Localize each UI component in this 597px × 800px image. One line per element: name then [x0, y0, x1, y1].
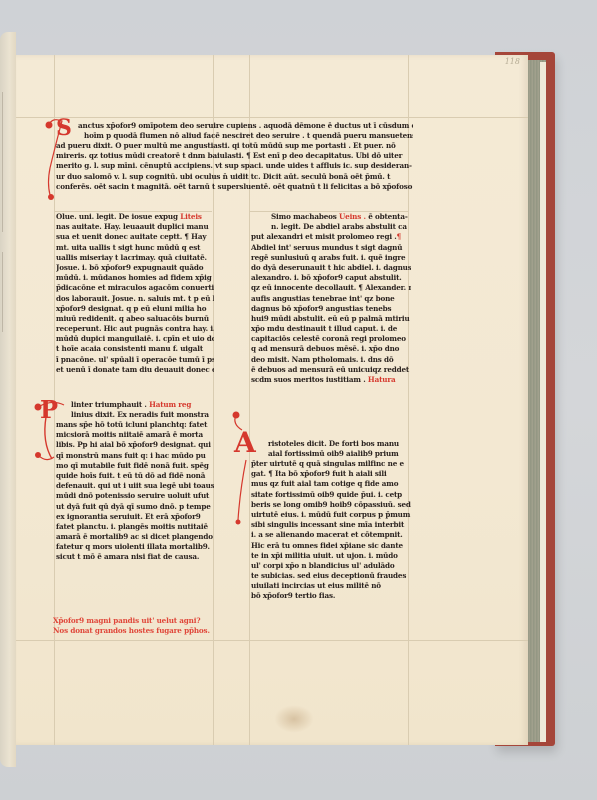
rubric-heading: Hatum reg: [149, 400, 191, 409]
text-line: sua et uenit donec auitate ceptt. ¶ Hay: [56, 232, 214, 242]
left-column-text: Olue. uni. legit. De iosue expug Liteis …: [56, 212, 214, 375]
text-line: q ad mensurā debuos mēsē. i. xp̄o dno: [251, 344, 411, 354]
text-line: sibi singulis incessant sine mīa interbi…: [251, 520, 411, 530]
header-text-block: anctus xp̄ofor9 omīpotem deo seruire cup…: [78, 121, 413, 141]
text-line: ad pueru dixit. O puer multū me angustia…: [56, 141, 413, 151]
text-line: Hic erā tu omnes fidei xp̄iane sic dante: [251, 541, 411, 551]
text-line: libis. Pp hi aial bō xp̄ofor9 designat. …: [56, 440, 214, 450]
right-column-section2-text: p̄ter uirtutē q quā singulas milfinc ne …: [251, 459, 411, 602]
paragraph-mark: ¶: [397, 232, 401, 241]
text-line: aufis angustias tenebrae int' qz bone: [251, 294, 411, 304]
right-column-section2-head: ristoteles dicit. De forti bos manu aial…: [268, 439, 411, 459]
endpaper-edge: [540, 62, 546, 742]
text-line: dos laborauit. Josue. n. saluis mt. t p …: [56, 294, 214, 304]
initial-letter-p: P: [40, 398, 58, 422]
manuscript-page: 118 S anctus xp̄ofor9 omīpotem deo serui…: [16, 55, 528, 745]
text-line: mūdū dupici manguilaiē. i. cpīn et uio d…: [56, 334, 214, 344]
text-line: gat. ¶ Ita bō xp̄ofor9 fuit h aiali sili: [251, 469, 411, 479]
text-line: uirtutē eius. i. mūdū fuit corpus p p̄mu…: [251, 510, 411, 520]
text-line: mūdū. i. mūdanos homies ad fidem xp̄ig: [56, 273, 214, 283]
text-line: anctus xp̄ofor9 omīpotem deo seruire cup…: [78, 121, 413, 131]
ruling-line: [16, 117, 528, 118]
text-line: ut dyā fuit qū dyā qī sumo dnō. p tempe: [56, 502, 214, 512]
text-line: t hoīe acaia consistenti manu f. uigalt: [56, 344, 214, 354]
text-line: Olue. uni. legit. De iosue expug Liteis: [56, 212, 214, 222]
parchment-stain: [274, 705, 314, 733]
text-line: xp̄ofor9 designat. q p eū eluni milia ho: [56, 304, 214, 314]
text-line: merito g. l. sup mīni. cēnuptū accipiens…: [56, 161, 413, 171]
text-line: sitate fortissimū oib9 quide p̄ui. i. ce…: [251, 490, 411, 500]
text-line: receperunt. Hic aut pugnās contra hay. i…: [56, 324, 214, 334]
text-line: ex ignorantia seruiuit. Et erā xp̄ofor9: [56, 512, 214, 522]
text-line: dagnus bō xp̄ofor9 angustias tenebs: [251, 304, 411, 314]
text-line: deo misit. Nam ptholomais. i. dns dō: [251, 355, 411, 365]
text-line: conferēs. oēt sacin t magnitā. oēt tarnū…: [56, 182, 413, 192]
rubric: Liteis: [180, 212, 202, 221]
text-line: mireris. qz totius mūdi creatorē t dnm b…: [56, 151, 413, 161]
text-line: ē debuos ad mensurā eū unicuiqz reddet: [251, 365, 411, 375]
folio-number: 118: [505, 57, 520, 66]
text-line: mus qz fuit aial tam cotige q fide amo: [251, 479, 411, 489]
text-line: amarā ē mortalib9 ac si dicet plangendo: [56, 532, 214, 542]
text-line: linius dixit. Ex neradis fuit monstra: [71, 410, 214, 420]
text-line: qī monstrū mans fuit q: i hac mūdo pu: [56, 451, 214, 461]
text-line: regē sunlusiuū q arabs fuit. i. quē ingr…: [251, 253, 411, 263]
rubric-line: Xp̄ofor9 magni pandis uit' uelut agni?: [53, 616, 223, 626]
rubric: Ueins .: [339, 212, 366, 221]
text-line: Abdiel int' seruus mundus t sigt dagnū: [251, 243, 411, 253]
text-line: mūdi dnō potenissio seruire uoluit ufut: [56, 491, 214, 501]
text-line: Simo machabeos Ueins . ē obtenta-: [251, 212, 411, 222]
rubric-footer-verse: Xp̄ofor9 magni pandis uit' uelut agni? N…: [53, 616, 223, 636]
rubric-heading: Hatura: [368, 375, 396, 384]
text-line: te in xp̄i militia uiuit. ut ujon. i. mū…: [251, 551, 411, 561]
facing-page-sketch: [2, 252, 15, 332]
text-line: hui9 mūdi abstulit. eū eū p palmā mtiriu: [251, 314, 411, 324]
left-column-section2-text: mans sp̄e hō totū icluni planchtq: fatet…: [56, 420, 214, 563]
text-line: xp̄o mdu destinauit t illud caput. i. de: [251, 324, 411, 334]
text-line: sicut t mō ē amara nisi fiat de causa.: [56, 552, 214, 562]
text-line: ul' corpi xp̄o n blandicius ul' adulādo: [251, 561, 411, 571]
text-line: mans sp̄e hō totū icluni planchtq: fatet: [56, 420, 214, 430]
text-line: miuū redidenit. q abeo saluacōis burnū: [56, 314, 214, 324]
text-line: mo qī mutabile fuit fidē nonā fuit. spēg: [56, 461, 214, 471]
text-line: p̄ter uirtutē q quā singulas milfinc ne …: [251, 459, 411, 469]
text-line: linter triumphauit . Hatum reg: [71, 400, 214, 410]
text-line: qz eū innocente decollauit. ¶ Alexander.…: [251, 283, 411, 293]
text-line: te subicias. sed eius deceptionū fraudes: [251, 571, 411, 581]
text-line: i. a se alienando macerat et cōtempnit.: [251, 530, 411, 540]
text-line: uiuilati incircias ut eius militē nō: [251, 581, 411, 591]
text-line: alexandro. i. bō xp̄ofor9 caput abstulit…: [251, 273, 411, 283]
text-line: et uenū ī donate tam diu deuauit donec e…: [56, 365, 214, 375]
text-line: uallis miseriay t lacrimay. quā ciuitatē…: [56, 253, 214, 263]
text-line: fatetur q mors uiolenti illata mortalib9…: [56, 542, 214, 552]
right-column-text: Simo machabeos Ueins . ē obtenta- n. leg…: [251, 212, 411, 385]
text-line: nas auitate. Hay. leuaauit duplici manu: [56, 222, 214, 232]
text-line: do dyā deserunauit t hic abdiel. i. dagn…: [251, 263, 411, 273]
text-line: beris se long omib9 hoib9 cōpassiuū. sed: [251, 500, 411, 510]
text-line: micsiorā moitis niitaiē amarā ē morta: [56, 430, 214, 440]
text-line: ī pnacōne. ul' spūali ī operacōe tumū ī …: [56, 355, 214, 365]
text-line: fatet planctu. i. plangēs moitis nutitai…: [56, 522, 214, 532]
initial-letter-a: A: [234, 429, 256, 457]
header-text-block-cont: ad pueru dixit. O puer multū me angustia…: [56, 141, 413, 192]
text-line: p̄dicacōne et miraculos agacōm conuerti: [56, 283, 214, 293]
text-line: ur duo salomō v. l. sup cognitū. ubi ocu…: [56, 172, 413, 182]
text-line: bō xp̄ofor9 tertio fias.: [251, 591, 411, 601]
text-line: put alexandri et misit prolomeo regi .¶: [251, 232, 411, 242]
text-line: hoīm p quodā flumen nō aliud facē nescir…: [78, 131, 413, 141]
text-line: defenauit. qui ut i uiit sua legē ubi to…: [56, 481, 214, 491]
facing-page-edge: [0, 32, 16, 767]
left-column-section2-head: linter triumphauit . Hatum reg linius di…: [71, 400, 214, 420]
initial-letter-s: S: [56, 117, 72, 139]
text-line: mt. uita uallis t sigt hunc mūdū q est: [56, 243, 214, 253]
text-line: n. legit. De abdiel arabs abstulit ca: [251, 222, 411, 232]
rubric-line: Nos donat grandos hostes fugare pp̄hos.: [53, 626, 223, 636]
text-line: Josue. i. bō xp̄ofor9 expugnauit quādo: [56, 263, 214, 273]
text-line: ristoteles dicit. De forti bos manu: [268, 439, 411, 449]
facing-page-sketch: [2, 92, 15, 232]
text-line: scdm suos meritos iustitiam . Hatura: [251, 375, 411, 385]
ruling-line: [16, 640, 528, 641]
text-line: aial fortissimū oib9 aialib9 prium: [268, 449, 411, 459]
text-line: quide hoīs fuit. t eū tū dō ad fidē nonā: [56, 471, 214, 481]
text-line: capitaciōs celestē coronā regi prolomeo: [251, 334, 411, 344]
